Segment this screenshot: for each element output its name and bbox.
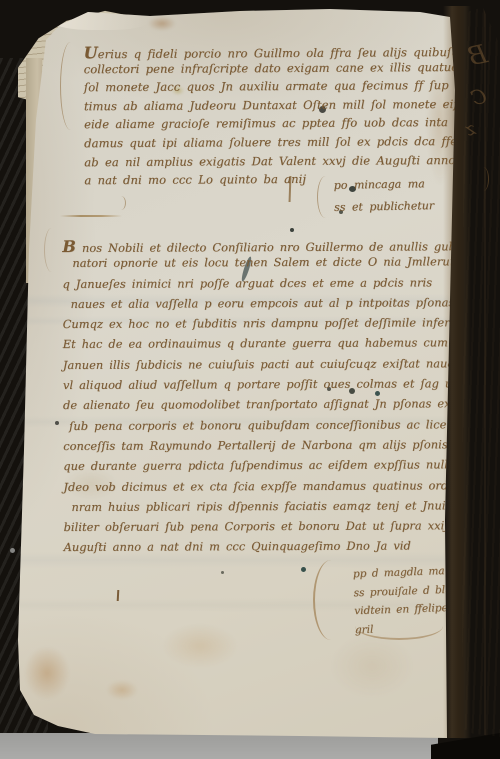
surface-speck — [7, 146, 11, 150]
margin-brace — [60, 42, 81, 130]
text-line: Uerius q fideli porcio nro Guillmo ola f… — [84, 41, 493, 62]
paragraph-2: B nos Nobili et dilecto Conſiliario nro … — [62, 235, 500, 562]
text-line: q Janueſes inimici nri poſſe arguat dces… — [62, 276, 500, 298]
pen-flourish — [116, 196, 126, 210]
manuscript-photo: B C z — [0, 0, 500, 759]
text-line: vl aliquod aliud vaſſellum q portare poſ… — [63, 377, 500, 399]
text-line: damus quat ipi aliama ſoluere tres mill … — [84, 134, 493, 155]
text-line: biliter obſeruari ſub pena Corporis et b… — [64, 519, 500, 541]
text-line: eide aliame gracioſe remiſimus ac pptea … — [84, 115, 493, 136]
text-line: nram huius pblicari ripis dſpennis facia… — [71, 499, 500, 521]
foxing-stain — [330, 634, 414, 698]
ink-blot — [221, 571, 224, 574]
text-line: B nos Nobili et dilecto Conſiliario nro … — [62, 235, 500, 257]
margin-brace — [44, 228, 59, 272]
manuscript-page: Uerius q fideli porcio nro Guillmo ola f… — [0, 0, 500, 759]
ink-blot — [55, 421, 59, 425]
text-line: de alienato ſeu quomodolibet tranſportat… — [63, 397, 500, 419]
ink-blot — [301, 567, 306, 572]
foxing-stain — [162, 624, 238, 668]
text-line: collectori pene infraſcripte dato exigam… — [84, 59, 493, 80]
text-line: po mincaga ma — [334, 177, 434, 201]
folded-corner-highlight — [55, 12, 147, 30]
edge-stain — [148, 16, 176, 31]
text-line: Auguſti anno a nat dni m ccc Quinquageſi… — [64, 539, 500, 561]
text-line: ss et publichetur — [334, 199, 434, 223]
surface-speck — [10, 548, 15, 553]
text-line: natori opnorie ut eis locu tenen Salem e… — [72, 255, 500, 277]
foxing-stain — [106, 680, 138, 700]
text-line: que durante guerra pdicta ſuſpendimus ac… — [63, 458, 500, 480]
paragraph-1: Uerius q fideli porcio nro Guillmo ola f… — [84, 41, 494, 192]
text-line: naues et alia vaſſella p eoru empcois au… — [71, 296, 500, 318]
text-line: Et hac de ea ordinauimus q durante guerr… — [63, 336, 500, 358]
registrar-note-1: po mincaga ma ss et publichetur — [334, 177, 435, 223]
ink-blot — [290, 228, 294, 232]
text-line: ſol monete Jacc quos Jn auxiliu armate q… — [84, 78, 493, 99]
facing-page: B C z — [462, 5, 500, 739]
text-line: ab ea nil amplius exigatis Dat Valent xx… — [84, 152, 493, 173]
text-line: ſub pena corporis et bonoru quibuſdam co… — [69, 418, 500, 440]
pen-mark — [117, 590, 120, 601]
foxing-stain — [24, 646, 70, 700]
fold-crease — [60, 215, 122, 217]
text-line: conceſſis tam Raymundo Pertallerij de Na… — [63, 438, 500, 460]
text-line: Januen illis ſubdicis ne cuiuſuis pacti … — [63, 357, 500, 379]
bleedthrough-glyph: z — [464, 120, 477, 140]
note-brace — [313, 560, 349, 640]
text-line: Jdeo vob dicimus et ex cta ſcia expſſe m… — [63, 479, 500, 501]
text-line: Cumqz ex hoc no et ſubditis nris dampnu … — [63, 316, 500, 338]
facing-page-crease — [484, 5, 486, 739]
text-line: timus ab aliama Judeoru Duntaxat Oſten m… — [84, 97, 493, 118]
